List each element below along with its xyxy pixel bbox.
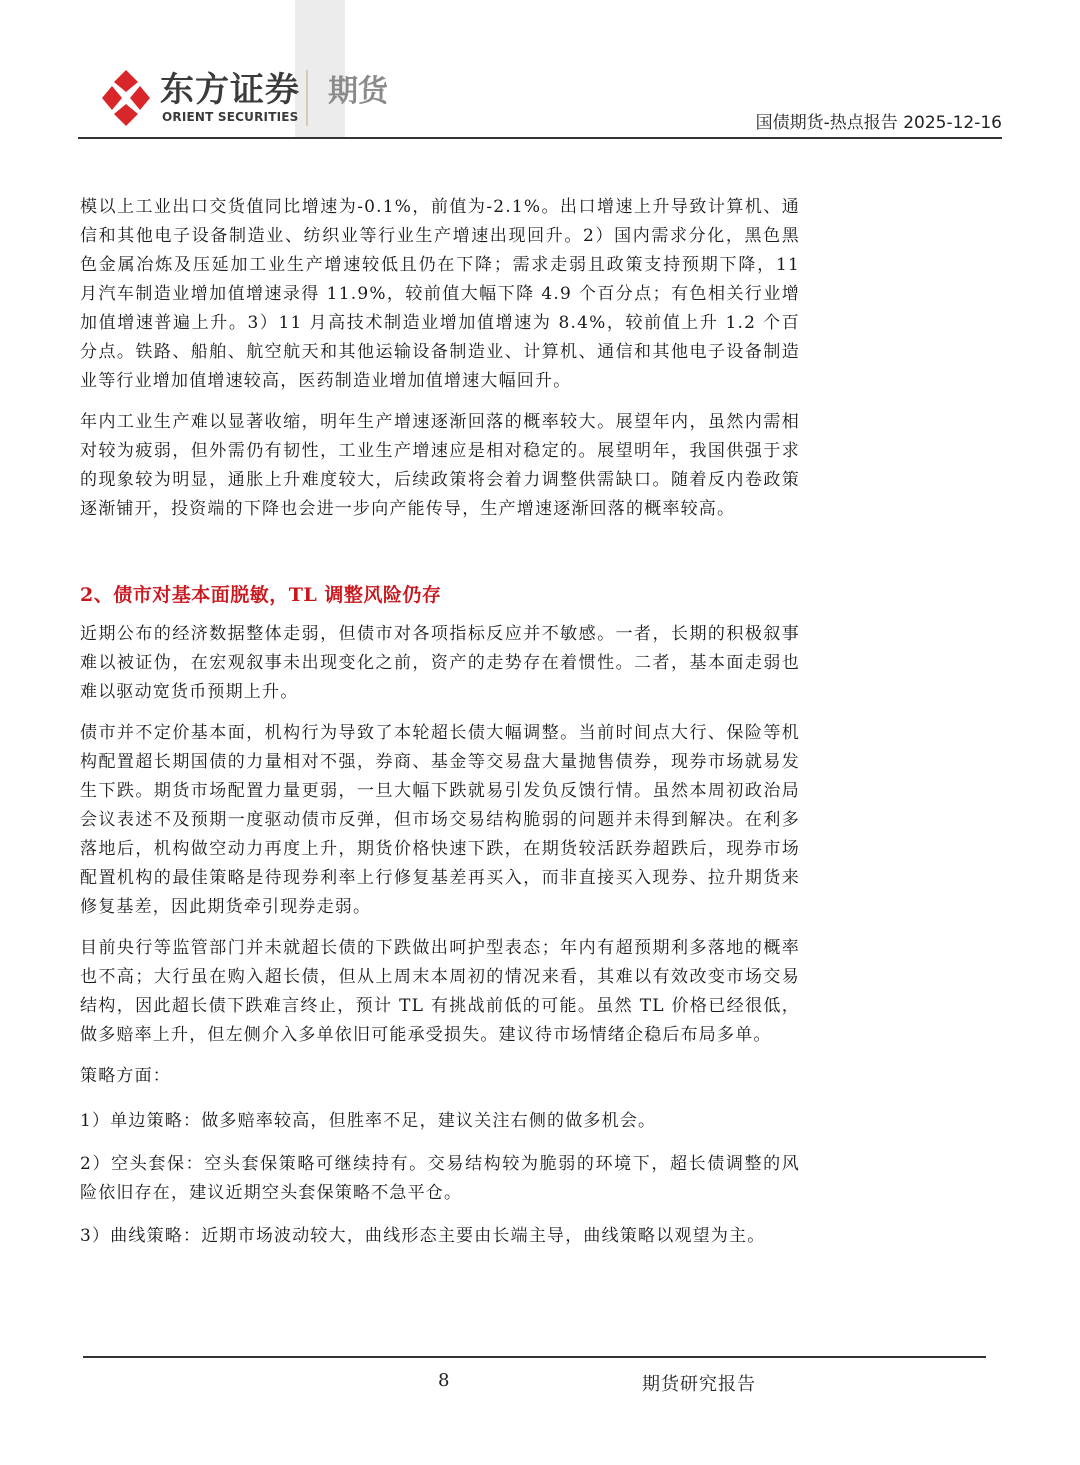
strategy-item-curve: 3）曲线策略：近期市场波动较大，曲线形态主要由长端主导，曲线策略以观望为主。 [80,1222,800,1251]
body-paragraph: 目前央行等监管部门并未就超长债的下跌做出呵护型表态；年内有超预期利多落地的概率也… [80,934,800,1050]
brand-name-english: ORIENT SECURITIES [162,110,299,124]
body-paragraph: 近期公布的经济数据整体走弱，但债市对各项指标反应并不敏感。一者，长期的积极叙事难… [80,620,800,707]
orient-securities-logo-icon [100,68,152,128]
brand-divider [306,70,308,126]
strategy-item-single-side: 1）单边策略：做多赔率较高，但胜率不足，建议关注右侧的做多机会。 [80,1107,800,1136]
strategy-item-short-hedge: 2）空头套保：空头套保策略可继续持有。交易结构较为脆弱的环境下，超长债调整的风险… [80,1150,800,1208]
brand-subsidiary: 期货 [328,74,388,110]
body-paragraph: 模以上工业出口交货值同比增速为-0.1%，前值为-2.1%。出口增速上升导致计算… [80,193,800,396]
header-divider [78,137,1002,139]
footer-divider [83,1356,986,1358]
page-number: 8 [438,1370,449,1391]
footer-label: 期货研究报告 [642,1370,756,1396]
body-paragraph: 年内工业生产难以显著收缩，明年生产增速逐渐回落的概率较大。展望年内，虽然内需相对… [80,408,800,524]
strategy-label: 策略方面： [80,1062,800,1091]
report-body: 模以上工业出口交货值同比增速为-0.1%，前值为-2.1%。出口增速上升导致计算… [80,193,800,1265]
brand-name-chinese: 东方证券 [160,70,300,110]
body-paragraph: 债市并不定价基本面，机构行为导致了本轮超长债大幅调整。当前时间点大行、保险等机构… [80,719,800,922]
page-header: 东方证券 ORIENT SECURITIES 期货 国债期货-热点报告 2025… [0,0,1080,140]
section-heading: 2、债市对基本面脱敏，TL 调整风险仍存 [80,580,800,610]
report-title: 国债期货-热点报告 2025-12-16 [756,113,1002,133]
